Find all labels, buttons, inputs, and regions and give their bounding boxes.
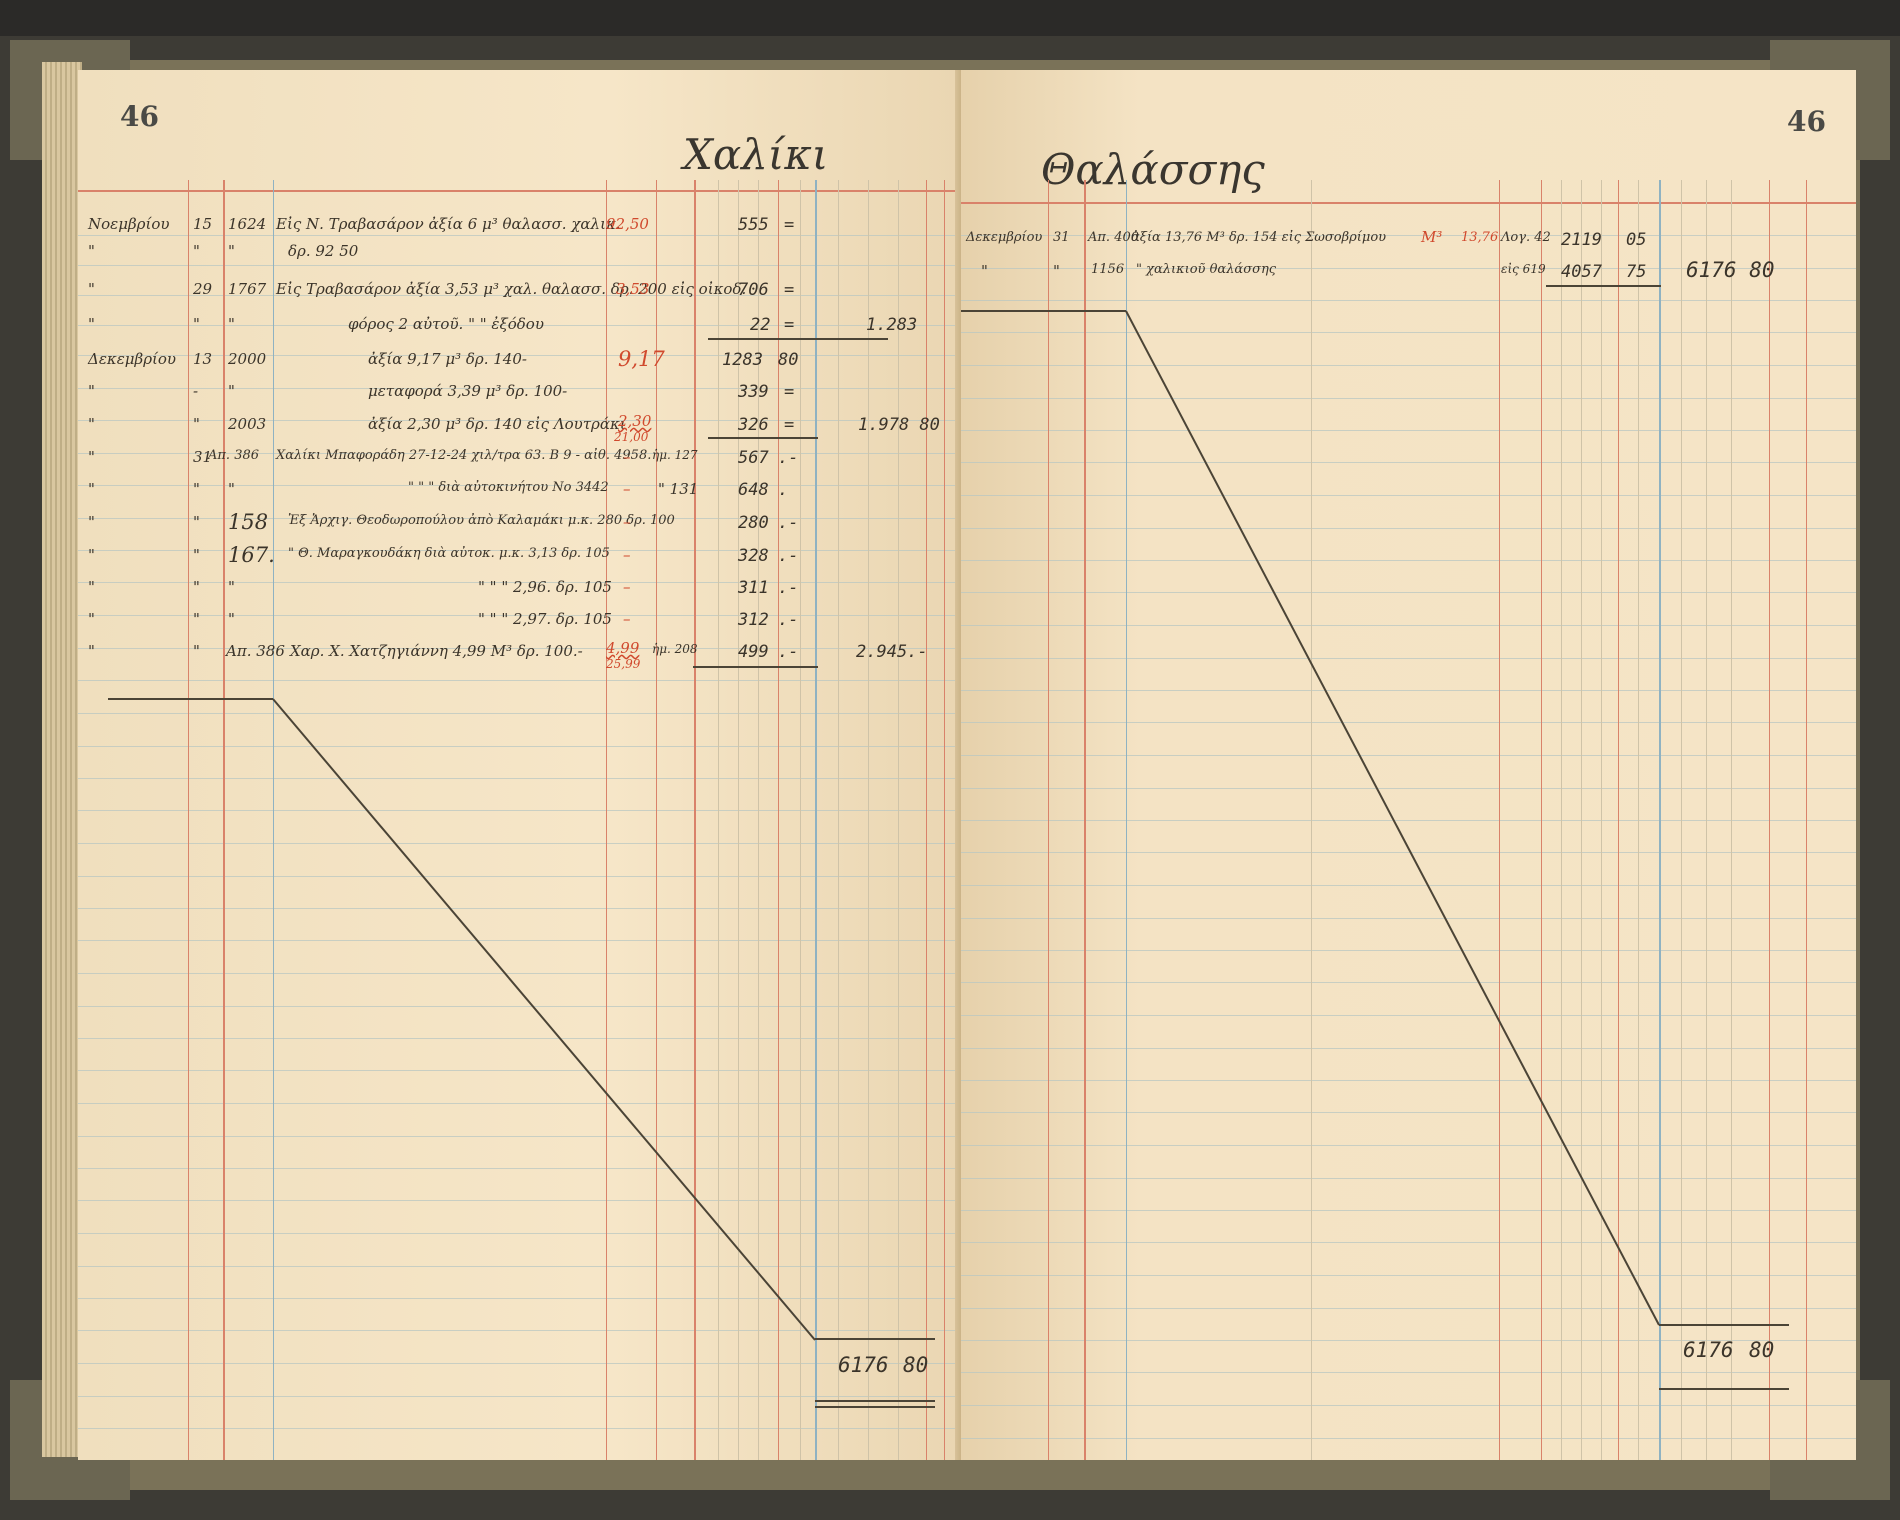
closing-diagonal-line [78,70,961,1460]
total-rule-top [815,1338,935,1340]
right-page: 46 Θαλάσσης Δεκεμβρίου 31 Απ. 400 ἀξία 1… [961,70,1856,1460]
closing-diagonal-line [961,70,1856,1460]
left-total-amount: 6176 [838,1353,889,1377]
total-double-rule-1 [815,1400,935,1402]
left-page: 46 Χαλίκι Νοεμβρίου 15 1624 Εἰς Ν. Τραβα… [78,70,961,1460]
left-total-cents: 80 [903,1353,928,1377]
right-total-cents: 80 [1749,1338,1774,1362]
total-double-rule-2 [815,1406,935,1408]
right-total-amount: 6176 [1683,1338,1734,1362]
page-edges [42,62,82,1457]
total-rule-bottom [1659,1388,1789,1390]
total-rule-top [1659,1324,1789,1326]
